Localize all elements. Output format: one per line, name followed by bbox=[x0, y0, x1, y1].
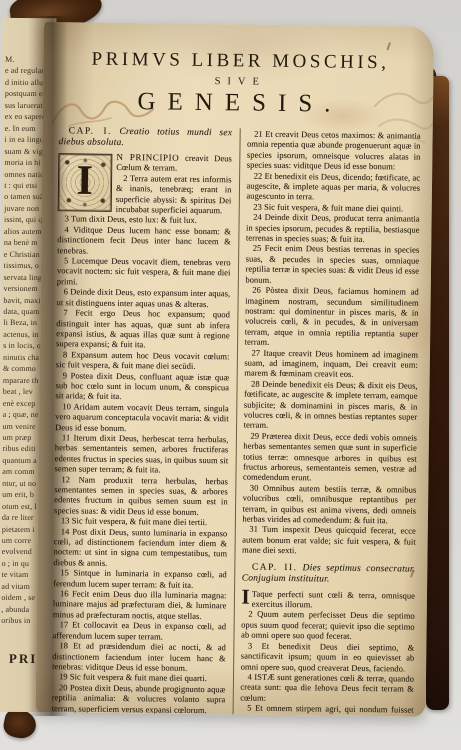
chapter1-heading: CAP. I. Creatio totius mundi sex diebus … bbox=[58, 126, 232, 150]
verse-paragraph: 26 Pòstea dixit Deus, faciamus hominem a… bbox=[245, 285, 419, 350]
facing-page-catchword: PRI bbox=[9, 651, 38, 667]
verse-paragraph: 24 Deinde dixit Deus, producat terra ani… bbox=[246, 212, 420, 245]
chapter1-verses-continued: 21 Et creavit Deus cetos maximos: & anim… bbox=[242, 128, 421, 557]
verse-paragraph: 28 Deinde benedixit eis Deus; & dixit ei… bbox=[244, 378, 418, 432]
verse-paragraph: 10 Aridam autem vocavit Deus terram, sin… bbox=[55, 401, 229, 434]
title-block: PRIMVS LIBER MOSCHIS, SIVE GENESIS. bbox=[59, 48, 422, 119]
verse-paragraph: 12 Nam produxit terra herbulas, herbas s… bbox=[54, 474, 228, 518]
text-columns: CAP. I. Creatio totius mundi sex diebus … bbox=[51, 126, 421, 717]
chapter1-number: CAP. I. bbox=[69, 126, 112, 137]
photo-background: M.e ad regulamd initio allupostquam essu… bbox=[0, 0, 461, 750]
verse-paragraph: 4 ISTÆ sunt generationes cœli & terræ, q… bbox=[240, 671, 414, 704]
verse-paragraph: 21 Et creavit Deus cetos maximos: & anim… bbox=[247, 128, 421, 172]
verse-paragraph: 14 Post dixit Deus, sunto luminaria in e… bbox=[53, 526, 227, 570]
book-title-line1: PRIMVS LIBER MOSCHIS, bbox=[59, 48, 421, 74]
verse-paragraph: 6 Deinde dixit Deus, esto expansum inter… bbox=[57, 286, 231, 309]
verse-paragraph: 8 Expansum autem hoc Deus vocavit cœlum:… bbox=[56, 349, 230, 372]
text-column-right: 21 Et creavit Deus cetos maximos: & anim… bbox=[232, 128, 421, 716]
verse-paragraph: 16 Fecit enim Deus duo illa luminaria ma… bbox=[53, 588, 227, 621]
verse-paragraph: 27 Itaque creavit Deus hominem ad imagin… bbox=[244, 347, 418, 380]
verse-paragraph: 25 Fecit enim Deus bestias terrenas in s… bbox=[245, 243, 419, 287]
chapter1-verses: 2 Terra autem erat res informis & inanis… bbox=[52, 172, 232, 715]
page-content: PRIMVS LIBER MOSCHIS, SIVE GENESIS. CAP.… bbox=[36, 22, 434, 717]
chapter2-initial: I bbox=[241, 588, 249, 605]
woodcut-initial-I: I bbox=[58, 153, 113, 212]
verse-paragraph: 17 Et collocavit ea Deus in expanso cœli… bbox=[52, 619, 226, 642]
incipit-caps: N PRINCIPIO bbox=[116, 152, 179, 163]
book-page: PRIMVS LIBER MOSCHIS, SIVE GENESIS. CAP.… bbox=[36, 22, 434, 717]
verse-paragraph: 5 Et omnem stirpem agri, qui nondum fuis… bbox=[240, 703, 414, 717]
verse-paragraph: 22 Et benedixit eis Deus, dicendo; fœtif… bbox=[246, 170, 420, 203]
verse-paragraph: 7 Fecit ergo Deus hoc expansum; quod dis… bbox=[56, 307, 230, 351]
verse-paragraph: 11 Iterum dixit Deus, herbescat terra he… bbox=[54, 432, 228, 476]
verse-paragraph: 9 Postea dixit Deus, confluant aquæ istæ… bbox=[55, 370, 229, 403]
verse-paragraph: 18 Et ad præsidendum diei ac nocti, & ad… bbox=[52, 640, 226, 673]
chapter2-verses: 2 Quum autem perfecisset Deus die septim… bbox=[240, 609, 415, 717]
verse-paragraph: 30 Omnibus autem bestiis terræ, & omnibu… bbox=[242, 482, 416, 526]
verse-paragraph: 2 Quum autem perfecisset Deus die septim… bbox=[241, 609, 415, 642]
binding-leather-bottom bbox=[1, 707, 38, 741]
verse-paragraph: 31 Tum inspexit Deus quicquid fecerat, e… bbox=[242, 524, 416, 557]
verse-paragraph: 29 Præterea dixit Deus, ecce dedi vobis … bbox=[243, 430, 417, 484]
verse-paragraph: 15 Sintque in luminaria in expanso cœli,… bbox=[53, 567, 227, 590]
verse-paragraph: 20 Postea dixit Deus, abunde progignunto… bbox=[52, 682, 226, 715]
verse-paragraph: ITaque perfecti sunt cœli & terra, omnis… bbox=[241, 588, 415, 611]
chapter2-number: CAP. II. bbox=[252, 562, 298, 573]
verse-paragraph: 3 Et benedixit Deus diei septimo, & sanc… bbox=[241, 640, 415, 673]
verse-paragraph: 5 Lucemque Deus vocavit diem, tenebras v… bbox=[57, 255, 231, 288]
chapter2-heading: CAP. II. Dies septimus consecratur. Conj… bbox=[242, 562, 416, 586]
text-column-left: CAP. I. Creatio totius mundi sex diebus … bbox=[51, 126, 232, 717]
verse-paragraph: 4 Viditque Deus lucem hanc esse bonam: &… bbox=[57, 224, 231, 257]
book-title-line3: GENESIS. bbox=[59, 87, 421, 119]
